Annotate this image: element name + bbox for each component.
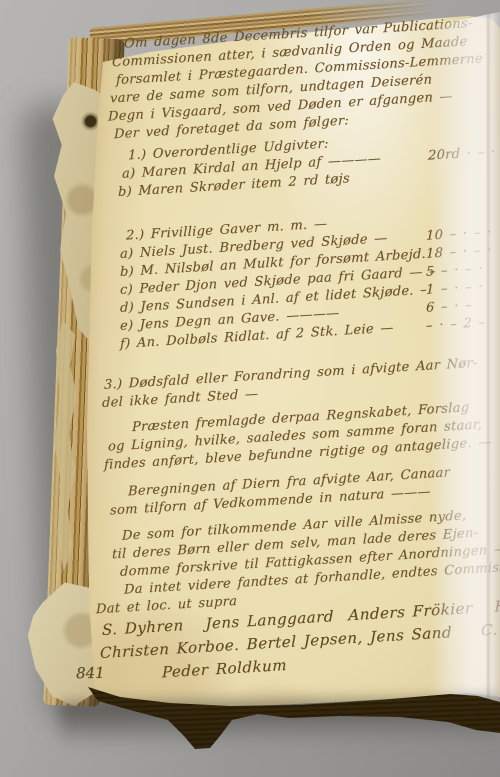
handwritten-text: Om dagen 8de Decembris tilfor var Public… xyxy=(118,14,482,726)
photo-scene: Om dagen 8de Decembris tilfor var Public… xyxy=(0,0,500,777)
amount-value: – · – 2 – xyxy=(426,314,485,336)
page-number: 841 xyxy=(76,664,105,682)
